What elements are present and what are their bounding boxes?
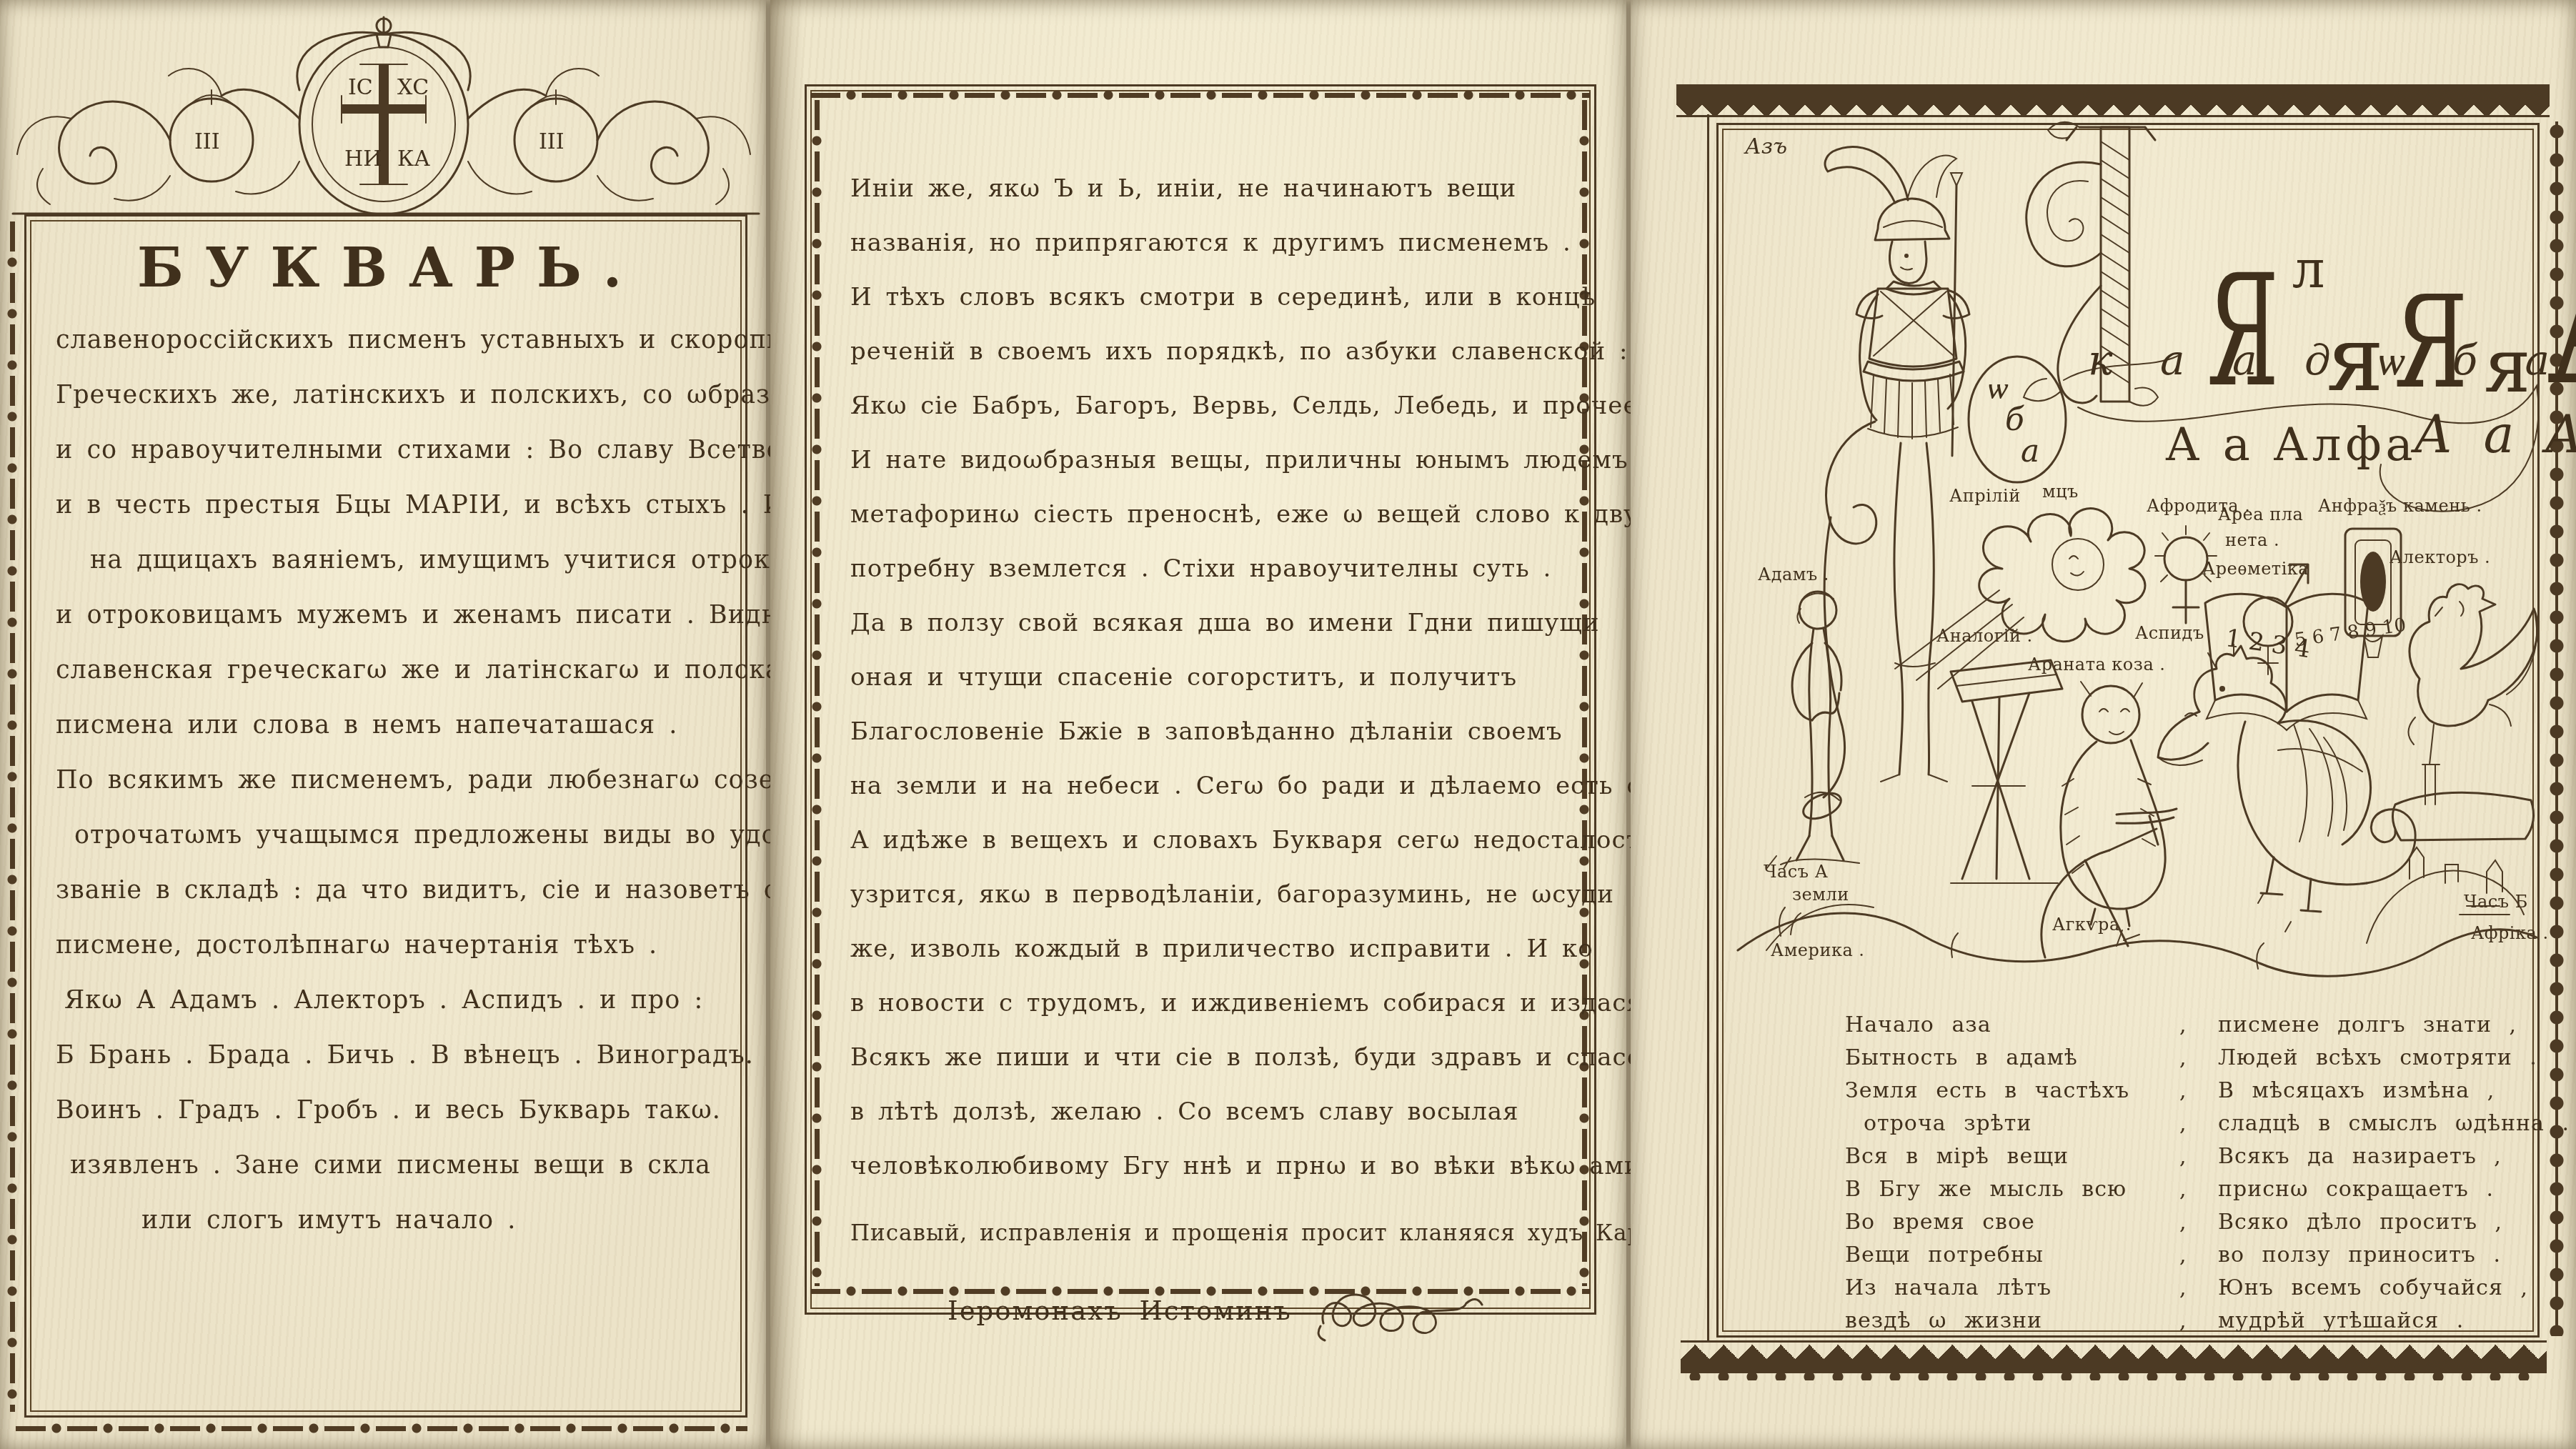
verse-line: приснω сокращаетъ . <box>2218 1173 2532 1206</box>
alpha-caption: А а Алфа <box>2165 419 2417 472</box>
title-page: ІС ХС НИ КА ІІІ ІІІ БУКВАРЬ. славеноросс… <box>0 0 766 1449</box>
label-month: мцъ <box>2042 482 2079 502</box>
verse-line: Начало аза <box>1845 1009 2181 1042</box>
label-april: Апрілій <box>1949 486 2021 506</box>
emblem-xc: ХС <box>397 75 429 100</box>
text-line: славенороссійскихъ писменъ уставныхъ и с… <box>56 313 737 368</box>
verse-line: сладцѣ в смыслъ ωдѣнна . <box>2218 1107 2532 1140</box>
text-line: Всякъ же пиши и чти сіе в ползѣ, буди зд… <box>850 1030 1585 1085</box>
skirt-pteruges <box>1868 374 1958 439</box>
text-line: реченій в своемъ ихъ порядкѣ, по азбуки … <box>850 324 1585 379</box>
verse-line: отроча зрѣти <box>1845 1107 2181 1140</box>
text-line: писмене, достолѣпнагω начертанія тѣхъ . <box>56 918 737 973</box>
text-line: и со нравоучителными стихами : Во славу … <box>56 423 737 478</box>
label-anthrax: Анфраѯъ камень . <box>2318 496 2482 517</box>
right-medallion: ІІІ <box>514 90 597 181</box>
verse-line: Из начала лѣтъ <box>1845 1272 2181 1305</box>
verse-line: Юнъ всемъ собучайся , <box>2218 1272 2532 1305</box>
verse-left-column: Начало аза Бытность в адамѣ Земля есть в… <box>1845 1009 2181 1338</box>
text-line: человѣколюбивому Бгу ннѣ и прнω и во вѣк… <box>850 1139 1585 1193</box>
preface-page: Иніи же, якω Ъ и Ь, иніи, не начинаютъ в… <box>770 0 1626 1449</box>
verse-line: Земля есть в частѣхъ <box>1845 1075 2181 1107</box>
page1-bottom-bead-border <box>16 1423 747 1434</box>
text-line: и в честь престыя Бцы МАРІИ, и всѣхъ сты… <box>56 478 737 533</box>
svg-text:ІІІ: ІІІ <box>194 129 220 154</box>
letterform: л <box>2292 247 2325 293</box>
book-title: БУКВАРЬ. <box>43 236 737 299</box>
verse-line: Бытность в адамѣ <box>1845 1042 2181 1075</box>
text-line: Якω А Адамъ . Алекторъ . Аспидъ . и про … <box>56 973 737 1028</box>
verse-line: Во время свое <box>1845 1206 2181 1239</box>
svg-text:ІІІ: ІІІ <box>539 129 565 154</box>
verse-line: Вещи потребны <box>1845 1239 2181 1272</box>
author-signature: Іеромонахъ Истоминъ <box>948 1284 1292 1338</box>
text-line: Воинъ . Градъ . Гробъ . и весь Букварь т… <box>56 1083 737 1138</box>
left-medallion: ІІІ <box>170 90 253 181</box>
verse-gutter-commas: ,, ,, ,, ,, ,, <box>2179 1009 2187 1338</box>
bottom-lace-border <box>1681 1340 2547 1380</box>
page1-text: славенороссійскихъ писменъ уставныхъ и с… <box>56 313 737 1248</box>
verse-line: Всяко дѣло проситъ , <box>2218 1206 2532 1239</box>
text-line: и отроковицамъ мужемъ и женамъ писати . … <box>56 588 737 643</box>
text-line: метафоринω сіесть преноснѣ, еже ω вещей … <box>850 487 1585 542</box>
text-line: званіе в складѣ : да что видитъ, сіе и н… <box>56 863 737 918</box>
svg-text:а: а <box>2021 433 2039 469</box>
verse-right-column: писмене долгъ знати , Людей всѣхъ смотря… <box>2218 1009 2532 1338</box>
verse-line: мудрѣй утѣшайся . <box>2218 1305 2532 1338</box>
grass-tufts <box>1779 907 2264 969</box>
emblem-ka: КА <box>397 146 430 171</box>
page2-text: Иніи же, якω Ъ и Ь, иніи, не начинаютъ в… <box>850 161 1585 1343</box>
emblem-ic: ІС <box>348 75 373 100</box>
calligraphic-knot-flourish <box>1316 1279 1488 1343</box>
text-line: на дщицахъ ваяніемъ, имущимъ учитися отр… <box>56 533 737 588</box>
text-line: Б Брань . Брада . Бичь . В вѣнецъ . Вино… <box>56 1028 737 1083</box>
text-line: или слогъ имутъ начало . <box>56 1193 737 1248</box>
page2-left-bead-border <box>812 100 822 1286</box>
text-line: узрится, якω в перводѣланіи, багоразумин… <box>850 867 1585 922</box>
headpiece-engraving: ІС ХС НИ КА ІІІ ІІІ <box>0 4 766 219</box>
text-line: А идѣже в вещехъ и словахъ Букваря сегω … <box>850 813 1585 867</box>
text-line: Якω сіе Бабръ, Багоръ, Вервь, Селдь, Леб… <box>850 379 1585 433</box>
text-line: в новости с трудомъ, и иждивеніемъ собир… <box>850 976 1585 1030</box>
text-line: отрочатωмъ учащымся предложены виды во у… <box>56 808 737 863</box>
verse-line: Людей всѣхъ смотряти . <box>2218 1042 2532 1075</box>
text-line: славенская греческагω же и латінскагω и … <box>56 643 737 698</box>
cursive-oval-cartouche: ѡ б а <box>1964 352 2071 487</box>
verse-line: Вся в мірѣ вещи <box>1845 1140 2181 1173</box>
verse-line: писмене долгъ знати , <box>2218 1009 2532 1042</box>
left-zigzag-border <box>1676 114 1709 1340</box>
text-line: же, изволь кождый в приличество исправит… <box>850 922 1585 976</box>
colophon-line: Писавый, исправленія и прощенія просит к… <box>850 1206 1585 1260</box>
emblem-ni: НИ <box>344 146 382 171</box>
text-line: в лѣтѣ долзѣ, желаю . Со всемъ славу вос… <box>850 1085 1585 1139</box>
page1-left-bead-border <box>7 221 18 1412</box>
text-line: По всякимъ же писменемъ, ради любезнагω … <box>56 753 737 808</box>
text-line: Благословеніе Бжіе в заповѣданно дѣланіи… <box>850 704 1585 759</box>
verse-line: В Бгу же мысль всю <box>1845 1173 2181 1206</box>
verse-line: Всякъ да назираетъ , <box>2218 1140 2532 1173</box>
text-line: на земли и на небеси . Сегω бо ради и дѣ… <box>850 759 1585 813</box>
text-line: писмена или слова в немъ напечаташася . <box>56 698 737 753</box>
text-line: И тѣхъ словъ всякъ смотри в серединѣ, ил… <box>850 270 1585 324</box>
letter-name-label: Азъ <box>1745 134 1787 159</box>
text-line: Греческихъ же, латінскихъ и полскихъ, со… <box>56 368 737 423</box>
text-line: оная и чтущи спасеніе согорститъ, и полу… <box>850 650 1585 704</box>
verse-line: во ползу приноситъ . <box>2218 1239 2532 1272</box>
text-line: названія, но припрягаются к другимъ писм… <box>850 216 1585 270</box>
text-line: изявленъ . Зане сими писмены вещи в скла <box>56 1138 737 1193</box>
page2-top-bead-border <box>810 90 1591 101</box>
text-line: Да в ползу свой всякая дша во имени Гдни… <box>850 596 1585 650</box>
text-line: потребну вземлется . Стіхи нравоучителны… <box>850 542 1585 596</box>
landscape-hills-illustration <box>1738 772 2538 1000</box>
label-ares-1: Ареа пла <box>2218 504 2303 524</box>
verse-line: В мѣсяцахъ измѣна , <box>2218 1075 2532 1107</box>
alphabet-page-az: Азъ <box>1631 0 2576 1449</box>
text-line: И нате видоωбразныя вещы, приличны юнымъ… <box>850 433 1585 487</box>
text-line: Иніи же, якω Ъ и Ь, иніи, не начинаютъ в… <box>850 161 1585 216</box>
verse-line: вездѣ ω жизни <box>1845 1305 2181 1338</box>
a-a-a-caption: А а А <box>2414 404 2576 464</box>
